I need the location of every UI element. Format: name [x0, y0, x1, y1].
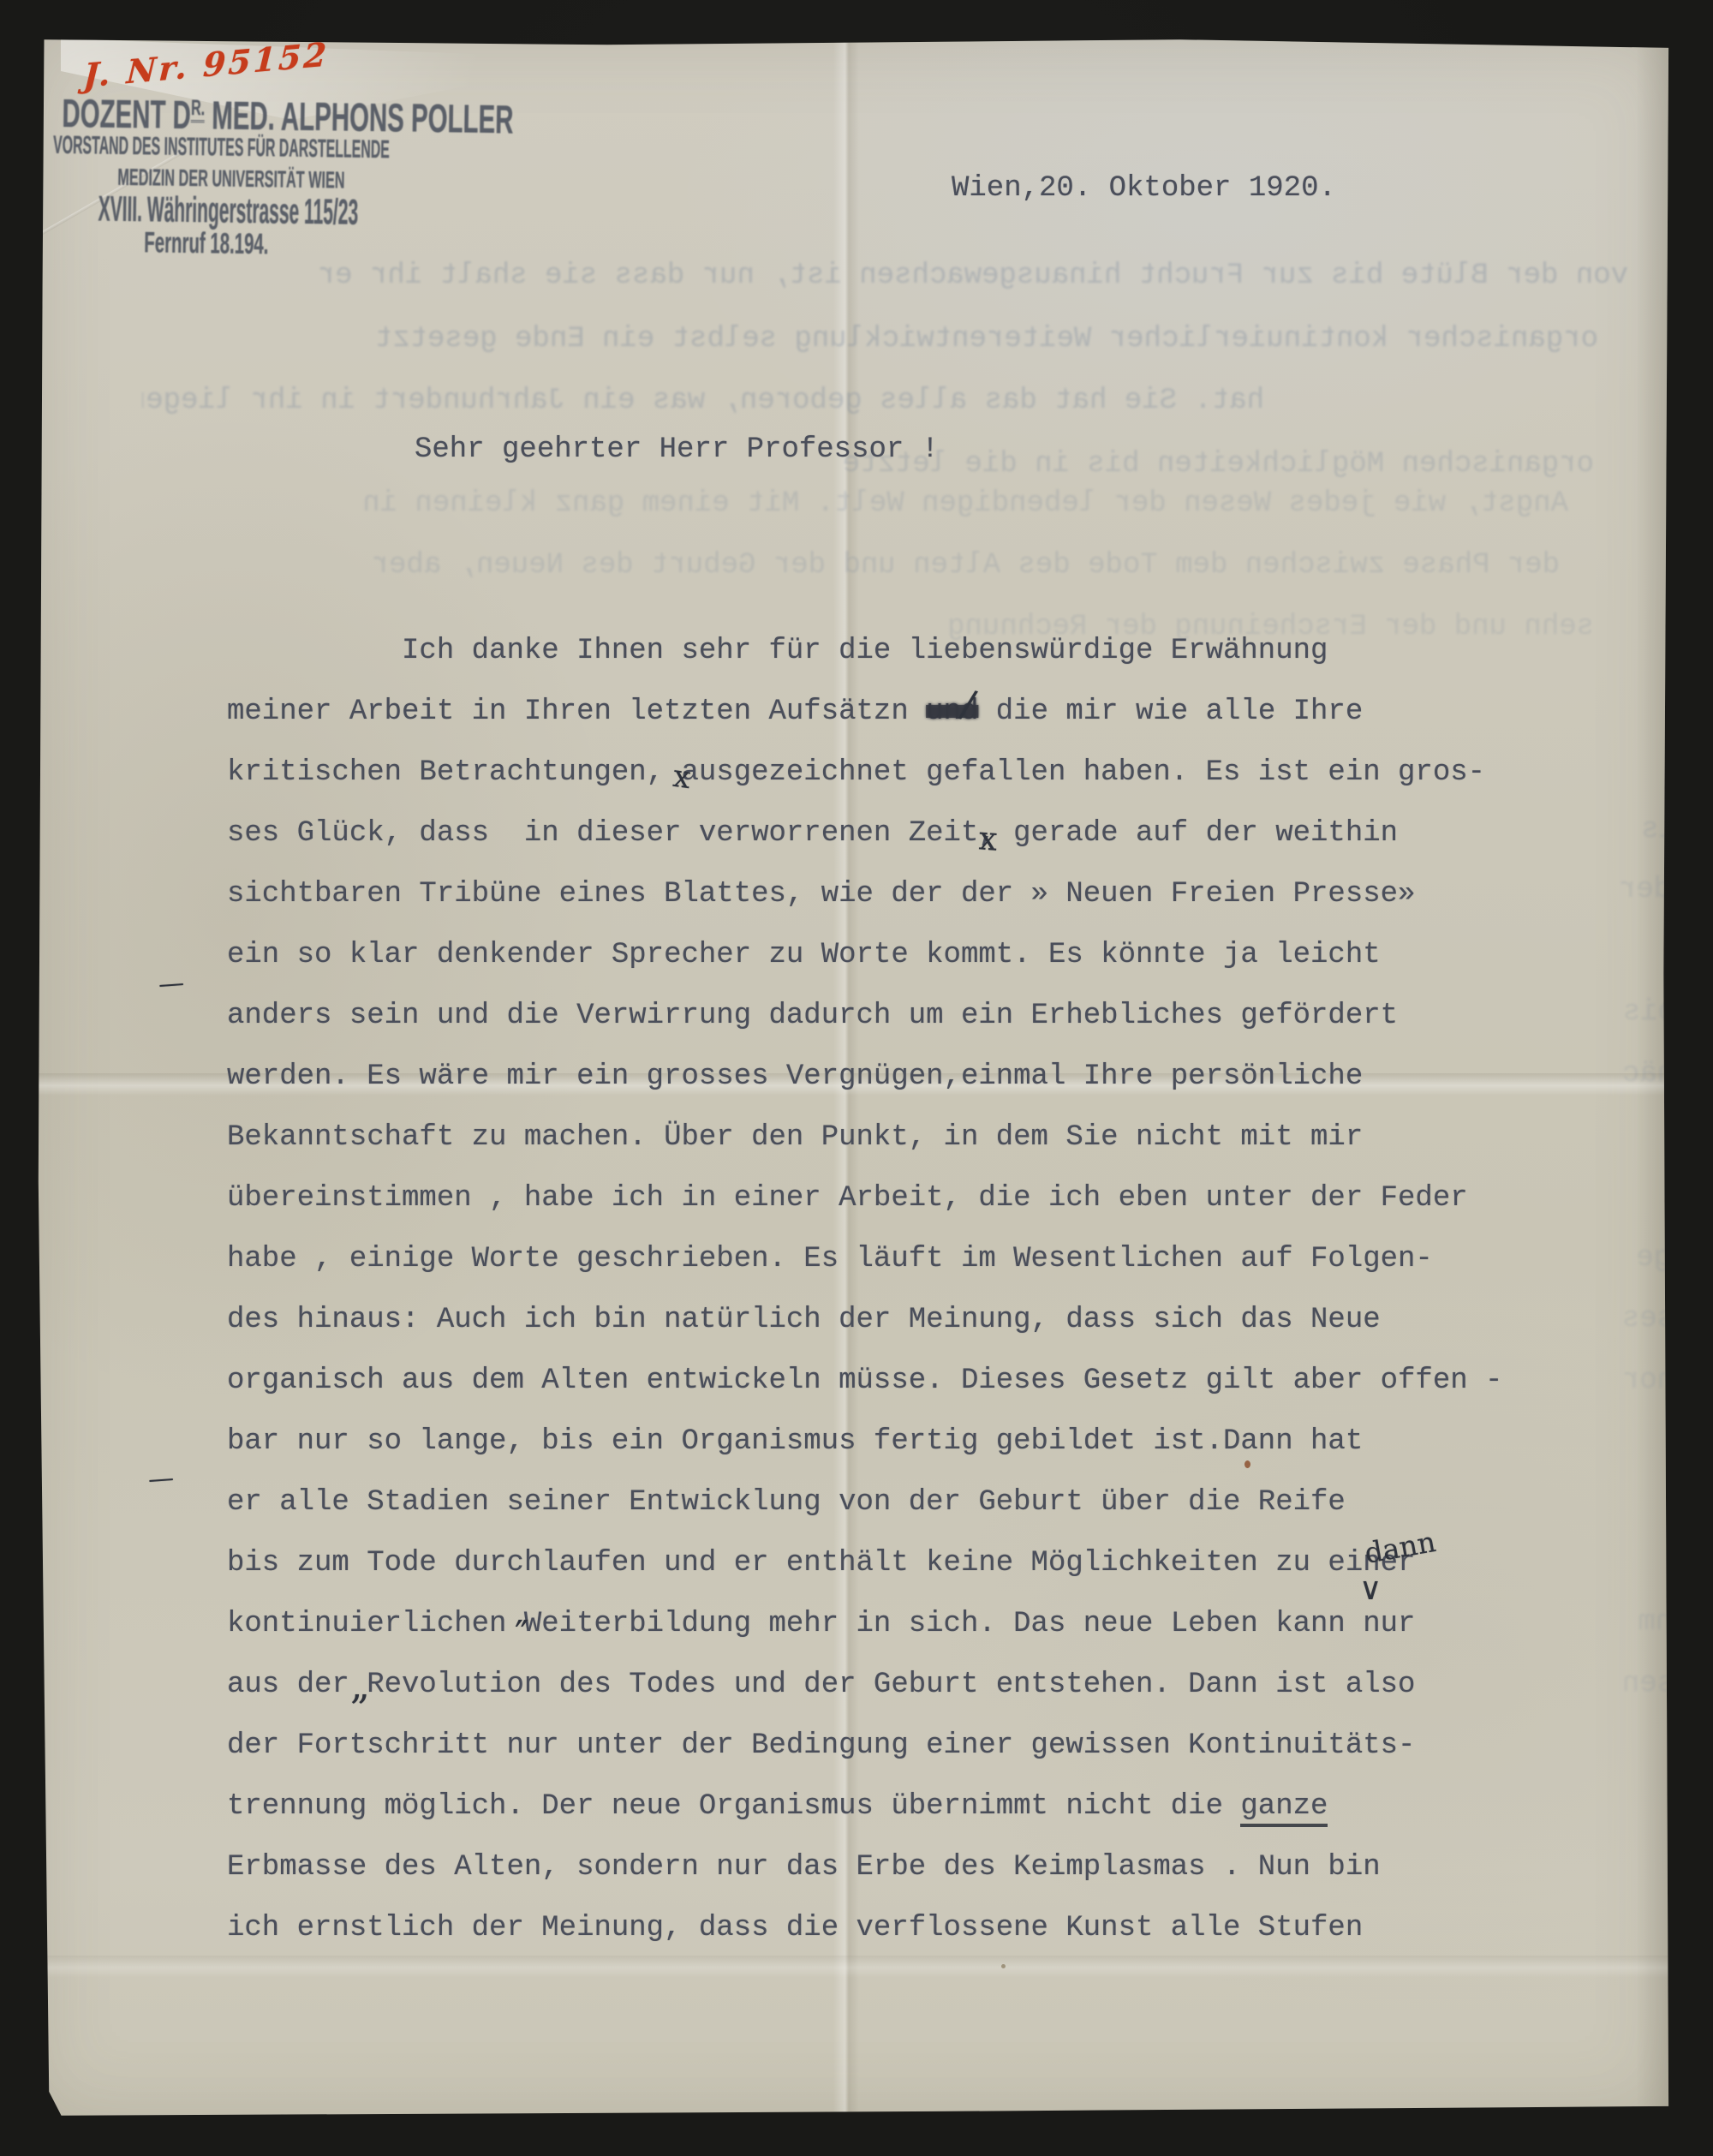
- letter-page: von der Blüte bis zur Frucht hinausgewac…: [35, 39, 1670, 2117]
- typed-line: der Fortschritt nur unter der Bedingung …: [227, 1716, 1632, 1777]
- dr-abbreviation: R.: [191, 96, 206, 122]
- typed-line: sichtbaren Tribüne eines Blattes, wie de…: [227, 864, 1632, 925]
- typed-line: Erbmasse des Alten, sondern nur das Erbe…: [227, 1837, 1632, 1898]
- bleedthrough-line: organischer kontinuierlicher Weiterentwi…: [142, 323, 1598, 355]
- typed-line: kritischen Betrachtungen, ausgezeichnet …: [227, 743, 1632, 803]
- letterhead-stamp: DOZENT DR. MED. ALPHONS POLLER VORSTAND …: [33, 35, 585, 317]
- x-mark-2: x: [977, 819, 998, 857]
- caret-mark: ∨: [1359, 1572, 1382, 1607]
- typed-line: ses Glück, dass in dieser verworrenen Ze…: [227, 803, 1632, 864]
- typed-line: Bekanntschaft zu machen. Über den Punkt,…: [227, 1108, 1632, 1168]
- typed-line: werden. Es wäre mir ein grosses Vergnüge…: [227, 1047, 1632, 1108]
- typed-line: organisch aus dem Alten entwickeln müsse…: [227, 1351, 1632, 1412]
- typed-line: anders sein und die Verwirrung dadurch u…: [227, 986, 1632, 1047]
- typed-line: kontinuierlichen Weiterbildung mehr in s…: [227, 1594, 1632, 1655]
- typed-line: meiner Arbeit in Ihren letzten Aufsätzn …: [227, 682, 1632, 743]
- typed-line: Ich danke Ihnen sehr für die liebenswürd…: [227, 621, 1632, 682]
- bleedthrough-line: organischen Möglichkeiten bis in die let…: [840, 448, 1594, 481]
- body-text: Ich danke Ihnen sehr für die liebenswürd…: [227, 621, 1632, 1959]
- typed-line: habe , einige Worte geschrieben. Es läuf…: [227, 1229, 1632, 1290]
- dateline: Wien,20. Oktober 1920.: [952, 158, 1336, 219]
- typed-line: des hinaus: Auch ich bin natürlich der M…: [227, 1290, 1632, 1351]
- typed-line: ich ernstlich der Meinung, dass die verf…: [227, 1898, 1632, 1959]
- letterhead-phone-line: Fernruf 18.194.: [206, 227, 414, 263]
- salutation: Sehr geehrter Herr Professor !: [415, 420, 939, 481]
- typed-line: übereinstimmen , habe ich in einer Arbei…: [227, 1168, 1632, 1229]
- bleedthrough-line: Angst, wie jedes Wesen der lebendigen We…: [284, 487, 1568, 520]
- hand-quote-low: „: [350, 1664, 370, 1708]
- typed-line: aus der Revolution des Todes und der Geb…: [227, 1655, 1632, 1716]
- hand-quote-high: ″: [515, 1613, 528, 1657]
- bleedthrough-line: hat. Sie hat das alles geboren, was ein …: [142, 385, 1264, 417]
- margin-dash-1: —: [158, 968, 185, 1000]
- bleedthrough-line: der Phase zwischen dem Tode des Alten un…: [258, 549, 1560, 582]
- margin-dash-2: —: [147, 1463, 175, 1495]
- typed-line: trennung möglich. Der neue Organismus üb…: [227, 1777, 1632, 1837]
- scan-background: { "archival_note": { "text": "J. Nr. 951…: [0, 0, 1713, 2156]
- typed-line: bar nur so lange, bis ein Organismus fer…: [227, 1412, 1632, 1472]
- typed-line: ein so klar denkender Sprecher zu Worte …: [227, 925, 1632, 986]
- paper-speck: [1001, 1964, 1006, 1968]
- typed-line: er alle Stadien seiner Entwicklung von d…: [227, 1472, 1632, 1533]
